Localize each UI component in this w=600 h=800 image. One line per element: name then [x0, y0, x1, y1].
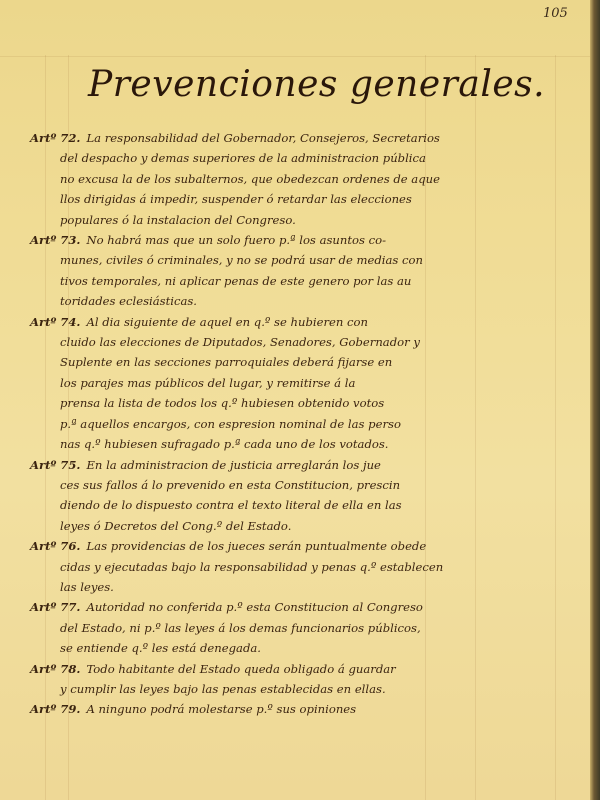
article-line: p.ª aquellos encargos, con espresion nom…	[30, 414, 595, 434]
article-line: A ninguno podrá molestarse p.º sus opini…	[86, 702, 356, 716]
article-line: cluido las elecciones de Diputados, Sena…	[30, 332, 595, 352]
article-78: Artº 78.Todo habitante del Estado queda …	[30, 659, 595, 700]
article-label: Artº 73.	[30, 233, 80, 247]
article-77: Artº 77.Autoridad no conferida p.º esta …	[30, 597, 595, 658]
article-74: Artº 74.Al dia siguiente de aquel en q.º…	[30, 312, 595, 455]
article-line: los parajes mas públicos del lugar, y re…	[30, 373, 595, 393]
article-line: La responsabilidad del Gobernador, Conse…	[86, 131, 439, 145]
article-line: ces sus fallos á lo prevenido en esta Co…	[30, 475, 595, 495]
article-label: Artº 78.	[30, 662, 80, 676]
article-line: no excusa la de los subalternos, que obe…	[30, 169, 595, 189]
article-line: del despacho y demas superiores de la ad…	[30, 148, 595, 168]
manuscript-body: Artº 72.La responsabilidad del Gobernado…	[30, 128, 595, 720]
article-line: se entiende q.º les está denegada.	[30, 638, 595, 658]
ruling-line	[0, 56, 600, 57]
article-line: cidas y ejecutadas bajo la responsabilid…	[30, 557, 595, 577]
article-line: En la administracion de justicia arregla…	[86, 458, 380, 472]
article-76: Artº 76.Las providencias de los jueces s…	[30, 536, 595, 597]
article-line: Al dia siguiente de aquel en q.º se hubi…	[86, 315, 367, 329]
page-title: Prevenciones generales.	[88, 64, 545, 105]
article-line: nas q.º hubiesen sufragado p.ª cada uno …	[30, 434, 595, 454]
article-label: Artº 76.	[30, 539, 80, 553]
article-line: populares ó la instalacion del Congreso.	[30, 210, 595, 230]
article-line: tivos temporales, ni aplicar penas de es…	[30, 271, 595, 291]
article-line: Las providencias de los jueces serán pun…	[86, 539, 426, 553]
article-line: Todo habitante del Estado queda obligado…	[86, 662, 395, 676]
article-line: toridades eclesiásticas.	[30, 291, 595, 311]
article-line: llos dirigidas á impedir, suspender ó re…	[30, 189, 595, 209]
article-line: Suplente en las secciones parroquiales d…	[30, 352, 595, 372]
article-label: Artº 72.	[30, 131, 80, 145]
article-label: Artº 75.	[30, 458, 80, 472]
page-number: 105	[543, 6, 568, 21]
article-label: Artº 77.	[30, 600, 80, 614]
article-72: Artº 72.La responsabilidad del Gobernado…	[30, 128, 595, 230]
article-label: Artº 79.	[30, 702, 80, 716]
article-line: del Estado, ni p.º las leyes á los demas…	[30, 618, 595, 638]
article-75: Artº 75.En la administracion de justicia…	[30, 455, 595, 537]
article-line: diendo de lo dispuesto contra el texto l…	[30, 495, 595, 515]
article-line: las leyes.	[30, 577, 595, 597]
article-79: Artº 79.A ninguno podrá molestarse p.º s…	[30, 699, 595, 719]
article-line: leyes ó Decretos del Cong.º del Estado.	[30, 516, 595, 536]
article-line: Autoridad no conferida p.º esta Constitu…	[86, 600, 422, 614]
article-73: Artº 73.No habrá mas que un solo fuero p…	[30, 230, 595, 312]
article-label: Artº 74.	[30, 315, 80, 329]
article-line: prensa la lista de todos los q.º hubiese…	[30, 393, 595, 413]
article-line: munes, civiles ó criminales, y no se pod…	[30, 250, 595, 270]
article-line: No habrá mas que un solo fuero p.ª los a…	[86, 233, 386, 247]
article-line: y cumplir las leyes bajo las penas estab…	[30, 679, 595, 699]
